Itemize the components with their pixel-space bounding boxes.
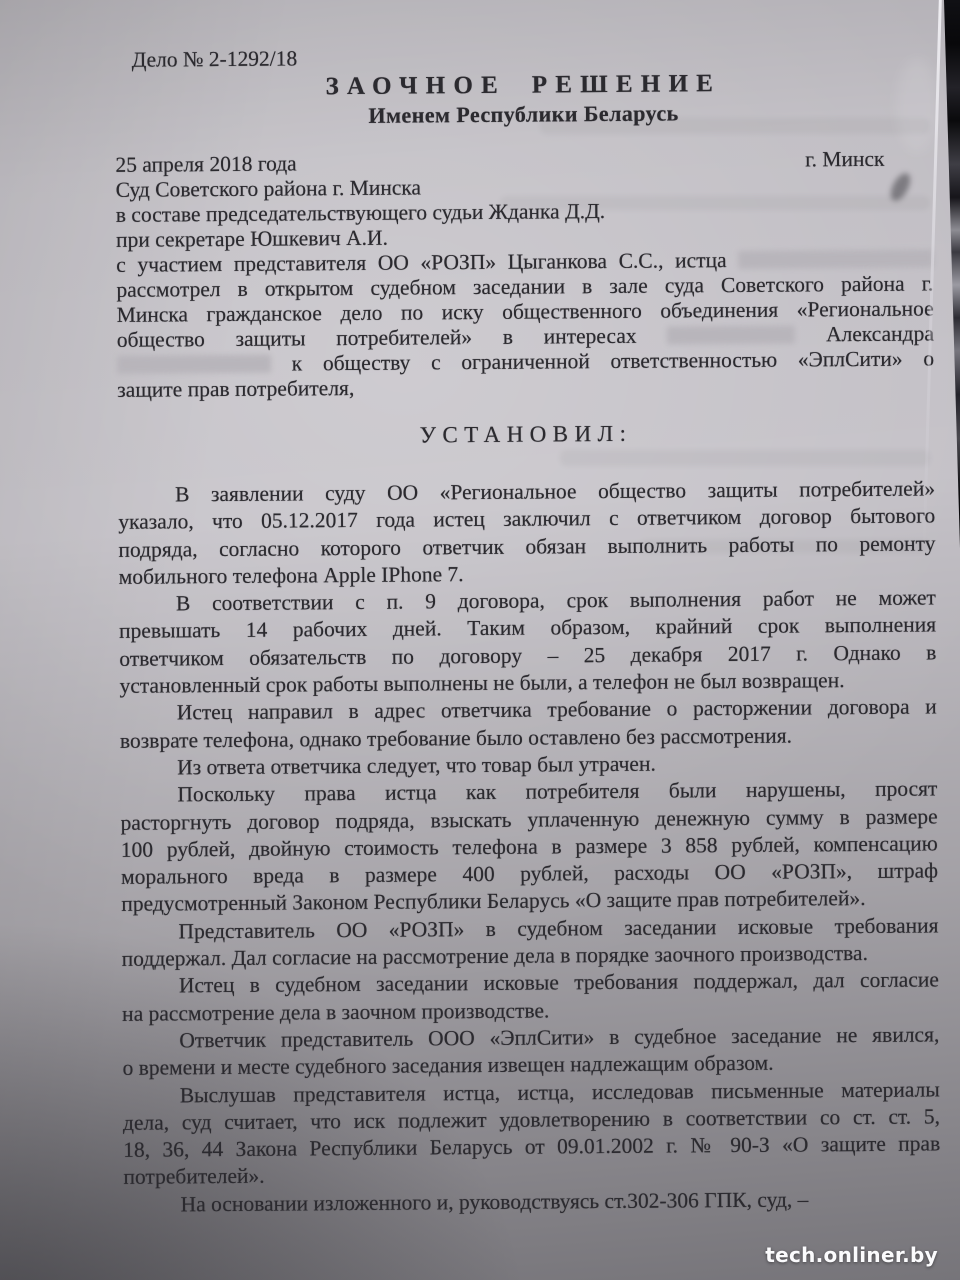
text-line: защите прав потребителя, bbox=[117, 371, 934, 402]
redacted-name bbox=[667, 326, 795, 345]
text-fragment: Александра bbox=[826, 321, 934, 346]
redacted-name bbox=[738, 249, 933, 269]
established-heading: УСТАНОВИЛ: bbox=[117, 417, 934, 450]
decision-city: г. Минск bbox=[805, 147, 884, 173]
text-line: На основании изложенного и, руководствуя… bbox=[124, 1185, 941, 1219]
document-subtitle: Именем Республики Беларусь bbox=[115, 97, 932, 130]
text-fragment: общество защиты потребителей» в интереса… bbox=[117, 324, 637, 352]
redacted-name bbox=[117, 355, 271, 374]
decision-body-block: В заявлении суду ОО «Региональное общест… bbox=[118, 475, 941, 1218]
text-fragment: с участием представителя ОО «РОЗП» Цыган… bbox=[116, 248, 727, 277]
court-composition-block: 25 апреля 2018 годаг. МинскСуд Советског… bbox=[115, 146, 934, 402]
reflection-artifact bbox=[896, 58, 938, 153]
decision-date: 25 апреля 2018 года bbox=[115, 151, 296, 177]
photographed-court-document: Дело № 2-1292/18 ЗАОЧНОЕ РЕШЕНИЕ Именем … bbox=[0, 0, 960, 1280]
site-watermark: tech.onliner.by bbox=[765, 1243, 938, 1267]
text-fragment: к обществу с ограниченной ответственност… bbox=[292, 346, 934, 375]
court-decision-page: Дело № 2-1292/18 ЗАОЧНОЕ РЕШЕНИЕ Именем … bbox=[0, 0, 960, 1220]
